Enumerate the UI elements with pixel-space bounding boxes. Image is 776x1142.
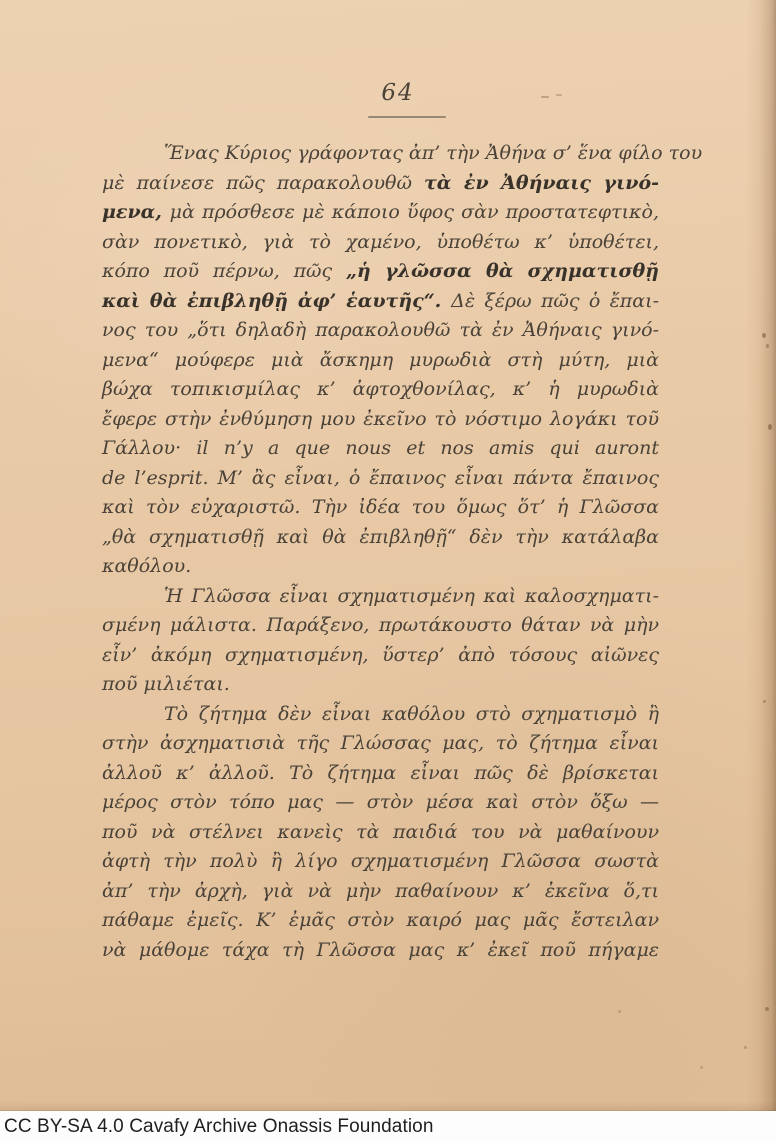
paper-speck	[556, 94, 562, 96]
text-line: καὶ θὰ ἐπιβληθῇ ἀφ’ ἑαυτῆς“. Δὲ ξέρω πῶς…	[102, 287, 659, 317]
page-text: Ἕνας Κύριος γράφοντας ἀπ’ τὴν Ἀθήνα σ’ ἕ…	[102, 139, 659, 965]
paper-speck	[766, 344, 769, 348]
page-number-rule	[368, 116, 446, 118]
text-segment: νος του „ὅτι δηλαδὴ παρακολουθῶ τὰ ἐν Ἀθ…	[102, 319, 659, 341]
text-segment: Ἕνας Κύριος γράφοντας ἀπ’ τὴν Ἀθήνα σ’ ἕ…	[164, 142, 702, 164]
text-segment: Γάλλου· il n’y a que nous et nos amis qu…	[102, 437, 659, 459]
text-line: μέρος στὸν τόπο μας — στὸν μέσα καὶ στὸν…	[102, 788, 659, 818]
text-segment: μὰ πρόσθεσε μὲ κάποιο ὕφος σὰν προστατεφ…	[170, 201, 659, 223]
text-segment: ἔφερε στὴν ἐνθύμηση μου ἐκεῖνο τὸ νόστιμ…	[102, 408, 659, 430]
text-line: μενα“ μούφερε μιὰ ἄσκημη μυρωδιὰ στὴ μύτ…	[102, 346, 659, 376]
text-line: κόπο ποῦ πέρνω, πῶς „ἡ γλῶσσα θὰ σχηματι…	[102, 257, 659, 287]
license-text: CC BY-SA 4.0 Cavafy Archive Onassis Foun…	[0, 1116, 434, 1138]
text-segment: βώχα τοπικισμίλας κ’ ἀφτοχθονίλας, κ’ ἡ …	[102, 378, 659, 400]
text-line: σμένη μάλιστα. Παράξενο, πρωτάκουστο θάτ…	[102, 611, 659, 641]
footer-bar: CC BY-SA 4.0 Cavafy Archive Onassis Foun…	[0, 1111, 776, 1142]
text-segment: εἶν’ ἀκόμη σχηματισμένη, ὕστερ’ ἀπὸ τόσο…	[102, 644, 659, 666]
text-segment: στὴν ἀσχηματισιὰ τῆς Γλώσσας μας, τὸ ζήτ…	[102, 732, 659, 754]
text-line: ἀλλοῦ κ’ ἀλλοῦ. Τὸ ζήτημα εἶναι πῶς δὲ β…	[102, 759, 659, 789]
text-segment: σμένη μάλιστα. Παράξενο, πρωτάκουστο θάτ…	[102, 614, 659, 636]
text-segment: μενα“ μούφερε μιὰ ἄσκημη μυρωδιὰ στὴ μύτ…	[102, 349, 659, 371]
text-segment: ποῦ νὰ στέλνει κανεὶς τὰ παιδιά του νὰ μ…	[102, 821, 659, 843]
paper-speck	[762, 333, 766, 338]
paper-speck	[541, 96, 549, 98]
bold-text-segment: μενα,	[102, 201, 170, 223]
text-segment: νὰ μάθομε τάχα τὴ Γλῶσσα μας κ’ ἐκεῖ ποῦ…	[102, 939, 659, 961]
text-line: στὴν ἀσχηματισιὰ τῆς Γλώσσας μας, τὸ ζήτ…	[102, 729, 659, 759]
text-line: νος του „ὅτι δηλαδὴ παρακολουθῶ τὰ ἐν Ἀθ…	[102, 316, 659, 346]
text-segment: ἀπ’ τὴν ἀρχὴ, γιὰ νὰ μὴν παθαίνουν κ’ ἐκ…	[102, 880, 659, 902]
paper-speck	[618, 1010, 621, 1013]
paper-speck	[765, 1007, 769, 1011]
text-line: ἀφτὴ τὴν πολὺ ἢ λίγο σχηματισμένη Γλῶσσα…	[102, 847, 659, 877]
text-line: μενα, μὰ πρόσθεσε μὲ κάποιο ὕφος σὰν προ…	[102, 198, 659, 228]
text-line: ποῦ νὰ στέλνει κανεὶς τὰ παιδιά του νὰ μ…	[102, 818, 659, 848]
text-line: ἀπ’ τὴν ἀρχὴ, γιὰ νὰ μὴν παθαίνουν κ’ ἐκ…	[102, 877, 659, 907]
text-line: σὰν πονετικὸ, γιὰ τὸ χαμένο, ὑποθέτω κ’ …	[102, 228, 659, 258]
text-line: Ἕνας Κύριος γράφοντας ἀπ’ τὴν Ἀθήνα σ’ ἕ…	[102, 139, 659, 169]
text-segment: μὲ παίνεσε πῶς παρακολουθῶ	[102, 172, 424, 194]
page-edge-shadow	[746, 0, 776, 1111]
text-line: βώχα τοπικισμίλας κ’ ἀφτοχθονίλας, κ’ ἡ …	[102, 375, 659, 405]
page-number: 64	[348, 80, 448, 106]
text-line: καθόλου.	[102, 552, 659, 582]
bold-text-segment: τὰ ἐν Ἀθήναις γινό-	[424, 172, 659, 194]
text-line: πάθαμε ἐμεῖς. Κ’ ἐμᾶς στὸν καιρό μας μᾶς…	[102, 906, 659, 936]
paper-speck	[763, 700, 766, 703]
text-line: καὶ τὸν εὐχαριστῶ. Τὴν ἰδέα του ὅμως ὅτ’…	[102, 493, 659, 523]
text-line: νὰ μάθομε τάχα τὴ Γλῶσσα μας κ’ ἐκεῖ ποῦ…	[102, 936, 659, 966]
text-line: ἔφερε στὴν ἐνθύμηση μου ἐκεῖνο τὸ νόστιμ…	[102, 405, 659, 435]
text-line: ποῦ μιλιέται.	[102, 670, 659, 700]
text-line: Ἡ Γλῶσσα εἶναι σχηματισμένη καὶ καλοσχημ…	[102, 582, 659, 612]
paper-speck	[700, 1066, 703, 1069]
text-segment: de l’esprit. Μ’ ἂς εἶναι, ὁ ἔπαινος εἶνα…	[102, 467, 659, 489]
paper-speck	[744, 1046, 747, 1049]
text-segment: σὰν πονετικὸ, γιὰ τὸ χαμένο, ὑποθέτω κ’ …	[102, 231, 659, 253]
text-segment: „θὰ σχηματισθῇ καὶ θὰ ἐπιβληθῇ“ δὲν τὴν …	[102, 526, 659, 548]
text-segment: Ἡ Γλῶσσα εἶναι σχηματισμένη καὶ καλοσχημ…	[164, 585, 659, 607]
text-segment: κόπο ποῦ πέρνω, πῶς	[102, 260, 346, 282]
text-segment: ἀφτὴ τὴν πολὺ ἢ λίγο σχηματισμένη Γλῶσσα…	[102, 850, 659, 872]
text-line: „θὰ σχηματισθῇ καὶ θὰ ἐπιβληθῇ“ δὲν τὴν …	[102, 523, 659, 553]
text-segment: καὶ τὸν εὐχαριστῶ. Τὴν ἰδέα του ὅμως ὅτ’…	[102, 496, 659, 518]
text-segment: πάθαμε ἐμεῖς. Κ’ ἐμᾶς στὸν καιρό μας μᾶς…	[102, 909, 659, 931]
text-line: μὲ παίνεσε πῶς παρακολουθῶ τὰ ἐν Ἀθήναις…	[102, 169, 659, 199]
text-segment: ποῦ μιλιέται.	[102, 673, 230, 695]
bold-text-segment: „ἡ γλῶσσα θὰ σχηματισθῇ	[346, 260, 659, 282]
text-line: Τὸ ζήτημα δὲν εἶναι καθόλου στὸ σχηματισ…	[102, 700, 659, 730]
text-segment: καθόλου.	[102, 555, 191, 577]
text-segment: Τὸ ζήτημα δὲν εἶναι καθόλου στὸ σχηματισ…	[164, 703, 659, 725]
bold-text-segment: καὶ θὰ ἐπιβληθῇ ἀφ’ ἑαυτῆς“.	[102, 290, 451, 312]
text-line: de l’esprit. Μ’ ἂς εἶναι, ὁ ἔπαινος εἶνα…	[102, 464, 659, 494]
text-line: Γάλλου· il n’y a que nous et nos amis qu…	[102, 434, 659, 464]
paper-speck	[768, 424, 772, 430]
text-segment: μέρος στὸν τόπο μας — στὸν μέσα καὶ στὸν…	[102, 791, 659, 813]
text-segment: Δὲ ξέρω πῶς ὁ ἔπαι-	[451, 290, 659, 312]
text-line: εἶν’ ἀκόμη σχηματισμένη, ὕστερ’ ἀπὸ τόσο…	[102, 641, 659, 671]
page-bottom-shadow	[0, 1101, 776, 1111]
text-segment: ἀλλοῦ κ’ ἀλλοῦ. Τὸ ζήτημα εἶναι πῶς δὲ β…	[102, 762, 659, 784]
